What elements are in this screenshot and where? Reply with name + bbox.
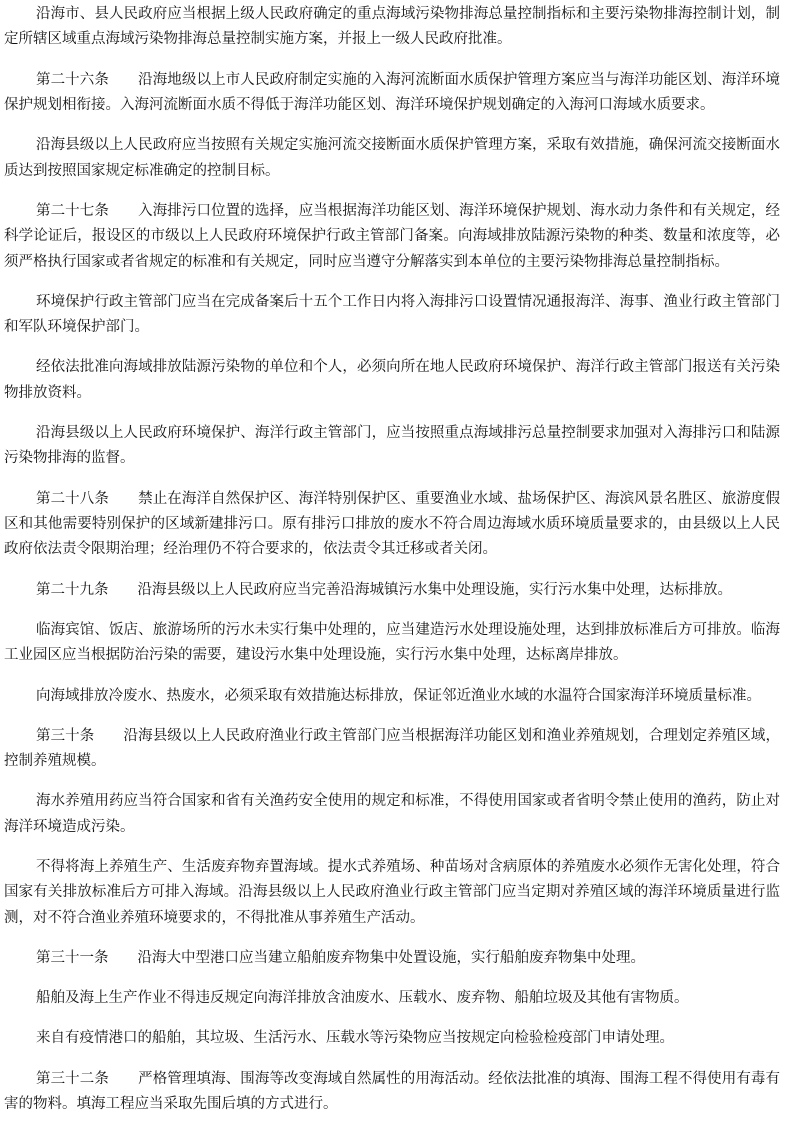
paragraph: 向海域排放冷废水、热废水，必须采取有效措施达标排放，保证邻近渔业水域的水温符合国… bbox=[4, 684, 780, 709]
article-paragraph: 第二十七条 入海排污口位置的选择，应当根据海洋功能区划、海洋环境保护规划、海水动… bbox=[4, 199, 780, 275]
paragraph: 沿海县级以上人民政府应当按照有关规定实施河流交接断面水质保护管理方案，采取有效措… bbox=[4, 133, 780, 184]
paragraph: 沿海市、县人民政府应当根据上级人民政府确定的重点海域污染物排海总量控制指标和主要… bbox=[4, 2, 780, 53]
document-body: 沿海市、县人民政府应当根据上级人民政府确定的重点海域污染物排海总量控制指标和主要… bbox=[4, 2, 780, 1117]
paragraph: 来自有疫情港口的船舶，其垃圾、生活污水、压载水等污染物应当按规定向检验检疫部门申… bbox=[4, 1026, 780, 1051]
article-paragraph: 第三十一条 沿海大中型港口应当建立船舶废弃物集中处置设施，实行船舶废弃物集中处理… bbox=[4, 946, 780, 971]
paragraph: 临海宾馆、饭店、旅游场所的污水未实行集中处理的，应当建造污水处理设施处理，达到排… bbox=[4, 618, 780, 669]
article-paragraph: 第三十条 沿海县级以上人民政府渔业行政主管部门应当根据海洋功能区划和渔业养殖规划… bbox=[4, 724, 780, 775]
paragraph: 不得将海上养殖生产、生活废弃物弃置海域。提水式养殖场、种苗场对含病原体的养殖废水… bbox=[4, 855, 780, 931]
document-page: 沿海市、县人民政府应当根据上级人民政府确定的重点海域污染物排海总量控制指标和主要… bbox=[0, 0, 793, 1137]
paragraph: 沿海县级以上人民政府环境保护、海洋行政主管部门，应当按照重点海域排污总量控制要求… bbox=[4, 421, 780, 472]
paragraph: 经依法批准向海域排放陆源污染物的单位和个人，必须向所在地人民政府环境保护、海洋行… bbox=[4, 355, 780, 406]
paragraph: 环境保护行政主管部门应当在完成备案后十五个工作日内将入海排污口设置情况通报海洋、… bbox=[4, 290, 780, 341]
article-paragraph: 第三十二条 严格管理填海、围海等改变海域自然属性的用海活动。经依法批准的填海、围… bbox=[4, 1067, 780, 1118]
paragraph: 船舶及海上生产作业不得违反规定向海洋排放含油废水、压载水、废弃物、船舶垃圾及其他… bbox=[4, 986, 780, 1011]
article-paragraph: 第二十八条 禁止在海洋自然保护区、海洋特别保护区、重要渔业水域、盐场保护区、海滨… bbox=[4, 487, 780, 563]
paragraph: 海水养殖用药应当符合国家和省有关渔药安全使用的规定和标准，不得使用国家或者省明令… bbox=[4, 789, 780, 840]
article-paragraph: 第二十六条 沿海地级以上市人民政府制定实施的入海河流断面水质保护管理方案应当与海… bbox=[4, 68, 780, 119]
article-paragraph: 第二十九条 沿海县级以上人民政府应当完善沿海城镇污水集中处理设施，实行污水集中处… bbox=[4, 578, 780, 603]
